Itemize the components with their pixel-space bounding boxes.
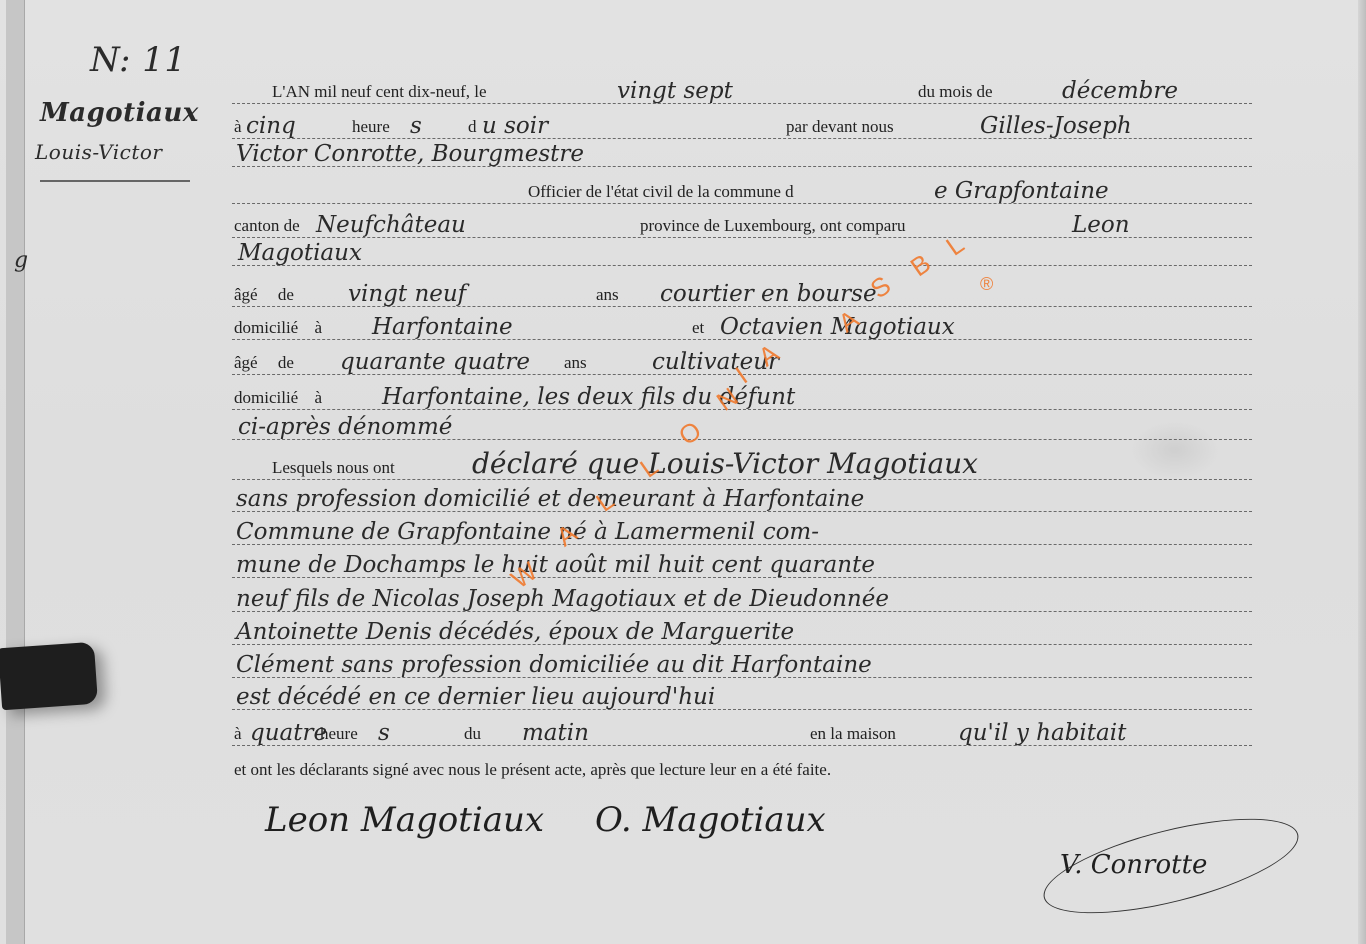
relationship-continued: ci-après dénommé: [238, 414, 452, 440]
binder-clip: [0, 642, 98, 711]
record-number: N: 11: [90, 40, 187, 80]
deceased-details: Commune de Grapfontaine né à Lamermenil …: [236, 519, 819, 545]
printed-text: âgé de: [234, 285, 294, 305]
death-hour-field: quatre: [250, 720, 327, 746]
page-edge-shadow: [1358, 0, 1366, 944]
margin-underline: [40, 180, 190, 182]
form-line: Victor Conrotte, Bourgmestre: [232, 135, 1252, 171]
binding-strip: [6, 0, 25, 944]
form-line: Lesquels nous ont déclaré que Louis-Vict…: [232, 448, 1252, 484]
form-line: neuf fils de Nicolas Joseph Magotiaux et…: [232, 580, 1252, 616]
declarant-1-residence-field: Harfontaine: [372, 314, 513, 340]
printed-text: et: [692, 318, 704, 338]
declarant-2-name-field: Octavien Magotiaux: [720, 314, 955, 340]
form-line: sans profession domicilié et demeurant à…: [232, 480, 1252, 516]
printed-text: Lesquels nous ont: [272, 458, 395, 478]
deceased-details: Antoinette Denis décédés, époux de Margu…: [236, 619, 794, 645]
form-line: ci-après dénommé: [232, 408, 1252, 444]
form-line: à quatre heure s du matin en la maison q…: [232, 714, 1252, 750]
deceased-details: mune de Dochamps le huit août mil huit c…: [236, 552, 875, 578]
death-period-field: matin: [522, 720, 589, 746]
declarant-2-age-field: quarante quatre: [340, 349, 530, 375]
stray-mark: g: [14, 248, 29, 273]
margin-surname: Magotiaux: [40, 98, 199, 128]
form-line: L'AN mil neuf cent dix-neuf, le vingt se…: [232, 72, 1252, 108]
declarant-2-residence-field: Harfontaine, les deux fils du défunt: [382, 384, 795, 410]
deceased-name-field: déclaré que Louis-Victor Magotiaux: [472, 447, 978, 480]
day-field: vingt sept: [617, 78, 733, 104]
form-line: âgé de vingt neuf ans courtier en bourse: [232, 275, 1252, 311]
declarant-1-occupation-field: courtier en bourse: [660, 281, 877, 307]
printed-text: heure: [352, 117, 390, 137]
form-line: Magotiaux: [232, 234, 1252, 270]
month-field: décembre: [1062, 78, 1178, 104]
form-line: est décédé en ce dernier lieu aujourd'hu…: [232, 678, 1252, 714]
printed-text: heure: [320, 724, 358, 744]
deceased-details: sans profession domicilié et demeurant à…: [236, 486, 864, 512]
printed-text: canton de: [234, 216, 300, 236]
death-place-field: qu'il y habitait: [958, 720, 1126, 746]
printed-text: ans: [564, 353, 587, 373]
form-line: âgé de quarante quatre ans cultivateur: [232, 343, 1252, 379]
form-line: Commune de Grapfontaine né à Lamermenil …: [232, 513, 1252, 549]
printed-text: du: [464, 724, 481, 744]
form-line: Antoinette Denis décédés, époux de Margu…: [232, 613, 1252, 649]
printed-text: et ont les déclarants signé avec nous le…: [234, 760, 831, 780]
document-page: N: 11 Magotiaux Louis-Victor g L'AN mil …: [0, 0, 1366, 944]
printed-text: d: [468, 117, 477, 137]
form-line: mune de Dochamps le huit août mil huit c…: [232, 546, 1252, 582]
signature-declarant-1: Leon Magotiaux: [265, 800, 544, 840]
printed-text: domicilié à: [234, 318, 322, 338]
form-line: Officier de l'état civil de la commune d…: [232, 172, 1252, 208]
deceased-details: neuf fils de Nicolas Joseph Magotiaux et…: [236, 586, 889, 612]
form-line: Clément sans profession domiciliée au di…: [232, 646, 1252, 682]
death-hour-suffix-field: s: [378, 720, 390, 746]
form-line: domicilié à Harfontaine et Octavien Mago…: [232, 308, 1252, 344]
signature-declarant-2: O. Magotiaux: [595, 800, 826, 840]
death-statement: est décédé en ce dernier lieu aujourd'hu…: [236, 684, 715, 710]
declarant-2-occupation-field: cultivateur: [652, 349, 779, 375]
officer-name-continued: Victor Conrotte, Bourgmestre: [236, 141, 584, 167]
printed-text: L'AN mil neuf cent dix-neuf, le: [272, 82, 487, 102]
commune-field: e Grapfontaine: [934, 178, 1109, 204]
printed-text: par devant nous: [786, 117, 894, 137]
declarant-1-surname-field: Magotiaux: [238, 240, 362, 266]
closing-statement: et ont les déclarants signé avec nous le…: [232, 750, 1252, 786]
margin-given-names: Louis-Victor: [35, 140, 163, 164]
printed-text: du mois de: [918, 82, 993, 102]
printed-text: ans: [596, 285, 619, 305]
printed-text: province de Luxembourg, ont comparu: [640, 216, 905, 236]
printed-text: à: [234, 724, 242, 744]
deceased-details: Clément sans profession domiciliée au di…: [236, 652, 872, 678]
printed-text: âgé de: [234, 353, 294, 373]
declarant-1-age-field: vingt neuf: [348, 281, 466, 307]
printed-text: à: [234, 117, 242, 137]
printed-text: domicilié à: [234, 388, 322, 408]
signature-officer: V. Conrotte: [1060, 850, 1207, 880]
printed-text: Officier de l'état civil de la commune d: [528, 182, 794, 202]
printed-text: en la maison: [810, 724, 896, 744]
